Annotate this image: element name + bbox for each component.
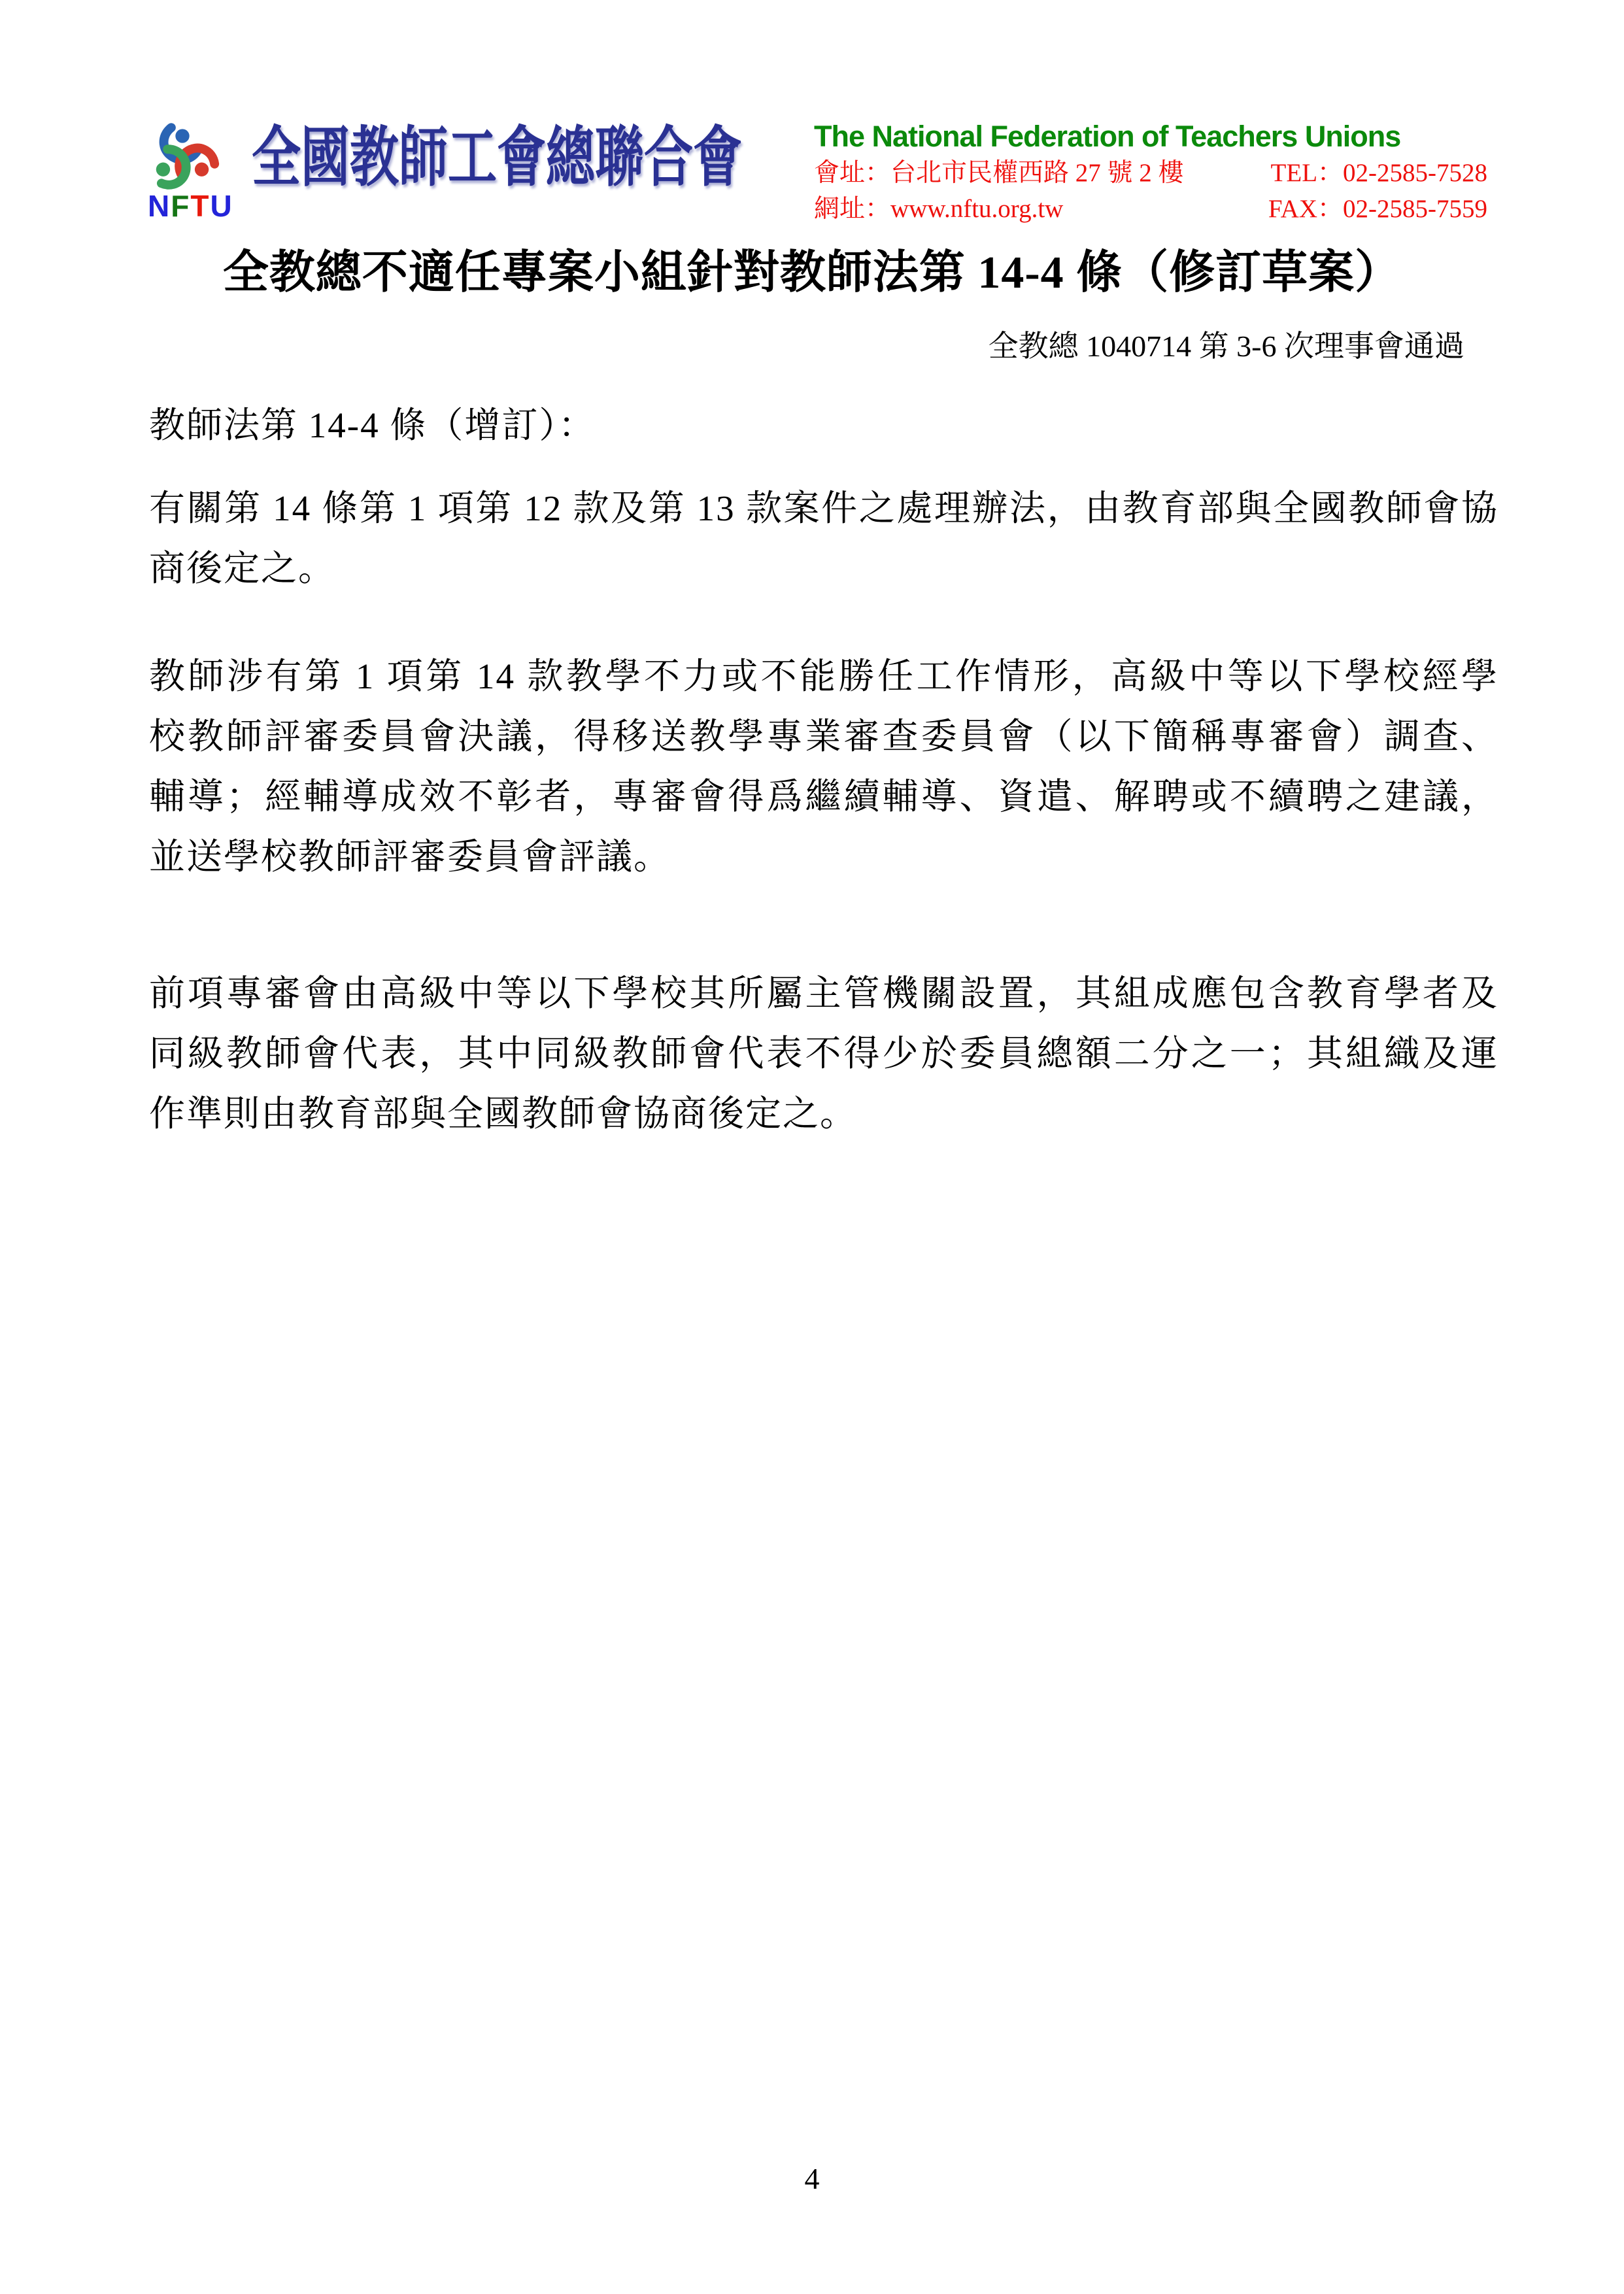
body-text-line: 教師涉有第 1 項第 14 款教學不力或不能勝任工作情形，高級中等以下學校經學 [149, 647, 1498, 707]
nftu-letter: N [148, 189, 171, 223]
website-text: 網址：www.nftu.org.tw [814, 195, 1063, 224]
address-text: 會址：台北市民權西路 27 號 2 樓 [814, 159, 1184, 188]
nftu-logo-icon [141, 114, 224, 199]
paragraph-clause-2: 教師涉有第 1 項第 14 款教學不力或不能勝任工作情形，高級中等以下學校經學校… [149, 647, 1498, 887]
page-number: 4 [0, 2163, 1624, 2195]
body-text-line: 商後定之。 [149, 539, 1498, 599]
body-text-line: 輔導；經輔導成效不彰者，專審會得爲繼續輔導、資遣、解聘或不續聘之建議， [149, 767, 1498, 827]
nftu-letter: U [210, 189, 233, 223]
approval-note: 全教總 1040714 第 3-6 次理事會通過 [989, 329, 1464, 363]
document-title: 全教總不適任專案小組針對教師法第 14-4 條（修訂草案） [0, 248, 1624, 298]
nftu-acronym: NFTU [148, 191, 239, 221]
body-text-line: 作準則由教育部與全國教師會協商後定之。 [149, 1084, 1498, 1144]
header-contact-row-1: 會址：台北市民權西路 27 號 2 樓 TEL：02-2585-7528 [814, 159, 1487, 189]
body-text-line: 教師法第 14-4 條（增訂）： [149, 396, 1498, 456]
paragraph-article-heading: 教師法第 14-4 條（增訂）： [149, 396, 1498, 456]
fax-text: FAX：02-2585-7559 [1268, 195, 1487, 224]
org-name-english: The National Federation of Teachers Unio… [814, 122, 1500, 151]
org-name-chinese: 全國教師工會總聯合會 [252, 122, 742, 200]
body-text-line: 前項專審會由高級中等以下學校其所屬主管機關設置，其組成應包含教育學者及 [149, 964, 1498, 1024]
paragraph-clause-1: 有關第 14 條第 1 項第 12 款及第 13 款案件之處理辦法，由教育部與全… [149, 479, 1498, 599]
body-text-line: 同級教師會代表，其中同級教師會代表不得少於委員總額二分之一；其組織及運 [149, 1024, 1498, 1084]
document-page: NFTU 全國教師工會總聯合會 The National Federation … [0, 0, 1624, 2294]
body-text-line: 有關第 14 條第 1 項第 12 款及第 13 款案件之處理辦法，由教育部與全… [149, 479, 1498, 539]
nftu-letter: T [190, 189, 210, 223]
nftu-letter: F [171, 189, 190, 223]
header-contact-row-2: 網址：www.nftu.org.tw FAX：02-2585-7559 [814, 195, 1487, 225]
tel-text: TEL：02-2585-7528 [1271, 159, 1487, 188]
paragraph-clause-3: 前項專審會由高級中等以下學校其所屬主管機關設置，其組成應包含教育學者及同級教師會… [149, 964, 1498, 1144]
body-text-line: 並送學校教師評審委員會評議。 [149, 827, 1498, 887]
body-text-line: 校教師評審委員會決議，得移送教學專業審查委員會（以下簡稱專審會）調查、 [149, 707, 1498, 767]
